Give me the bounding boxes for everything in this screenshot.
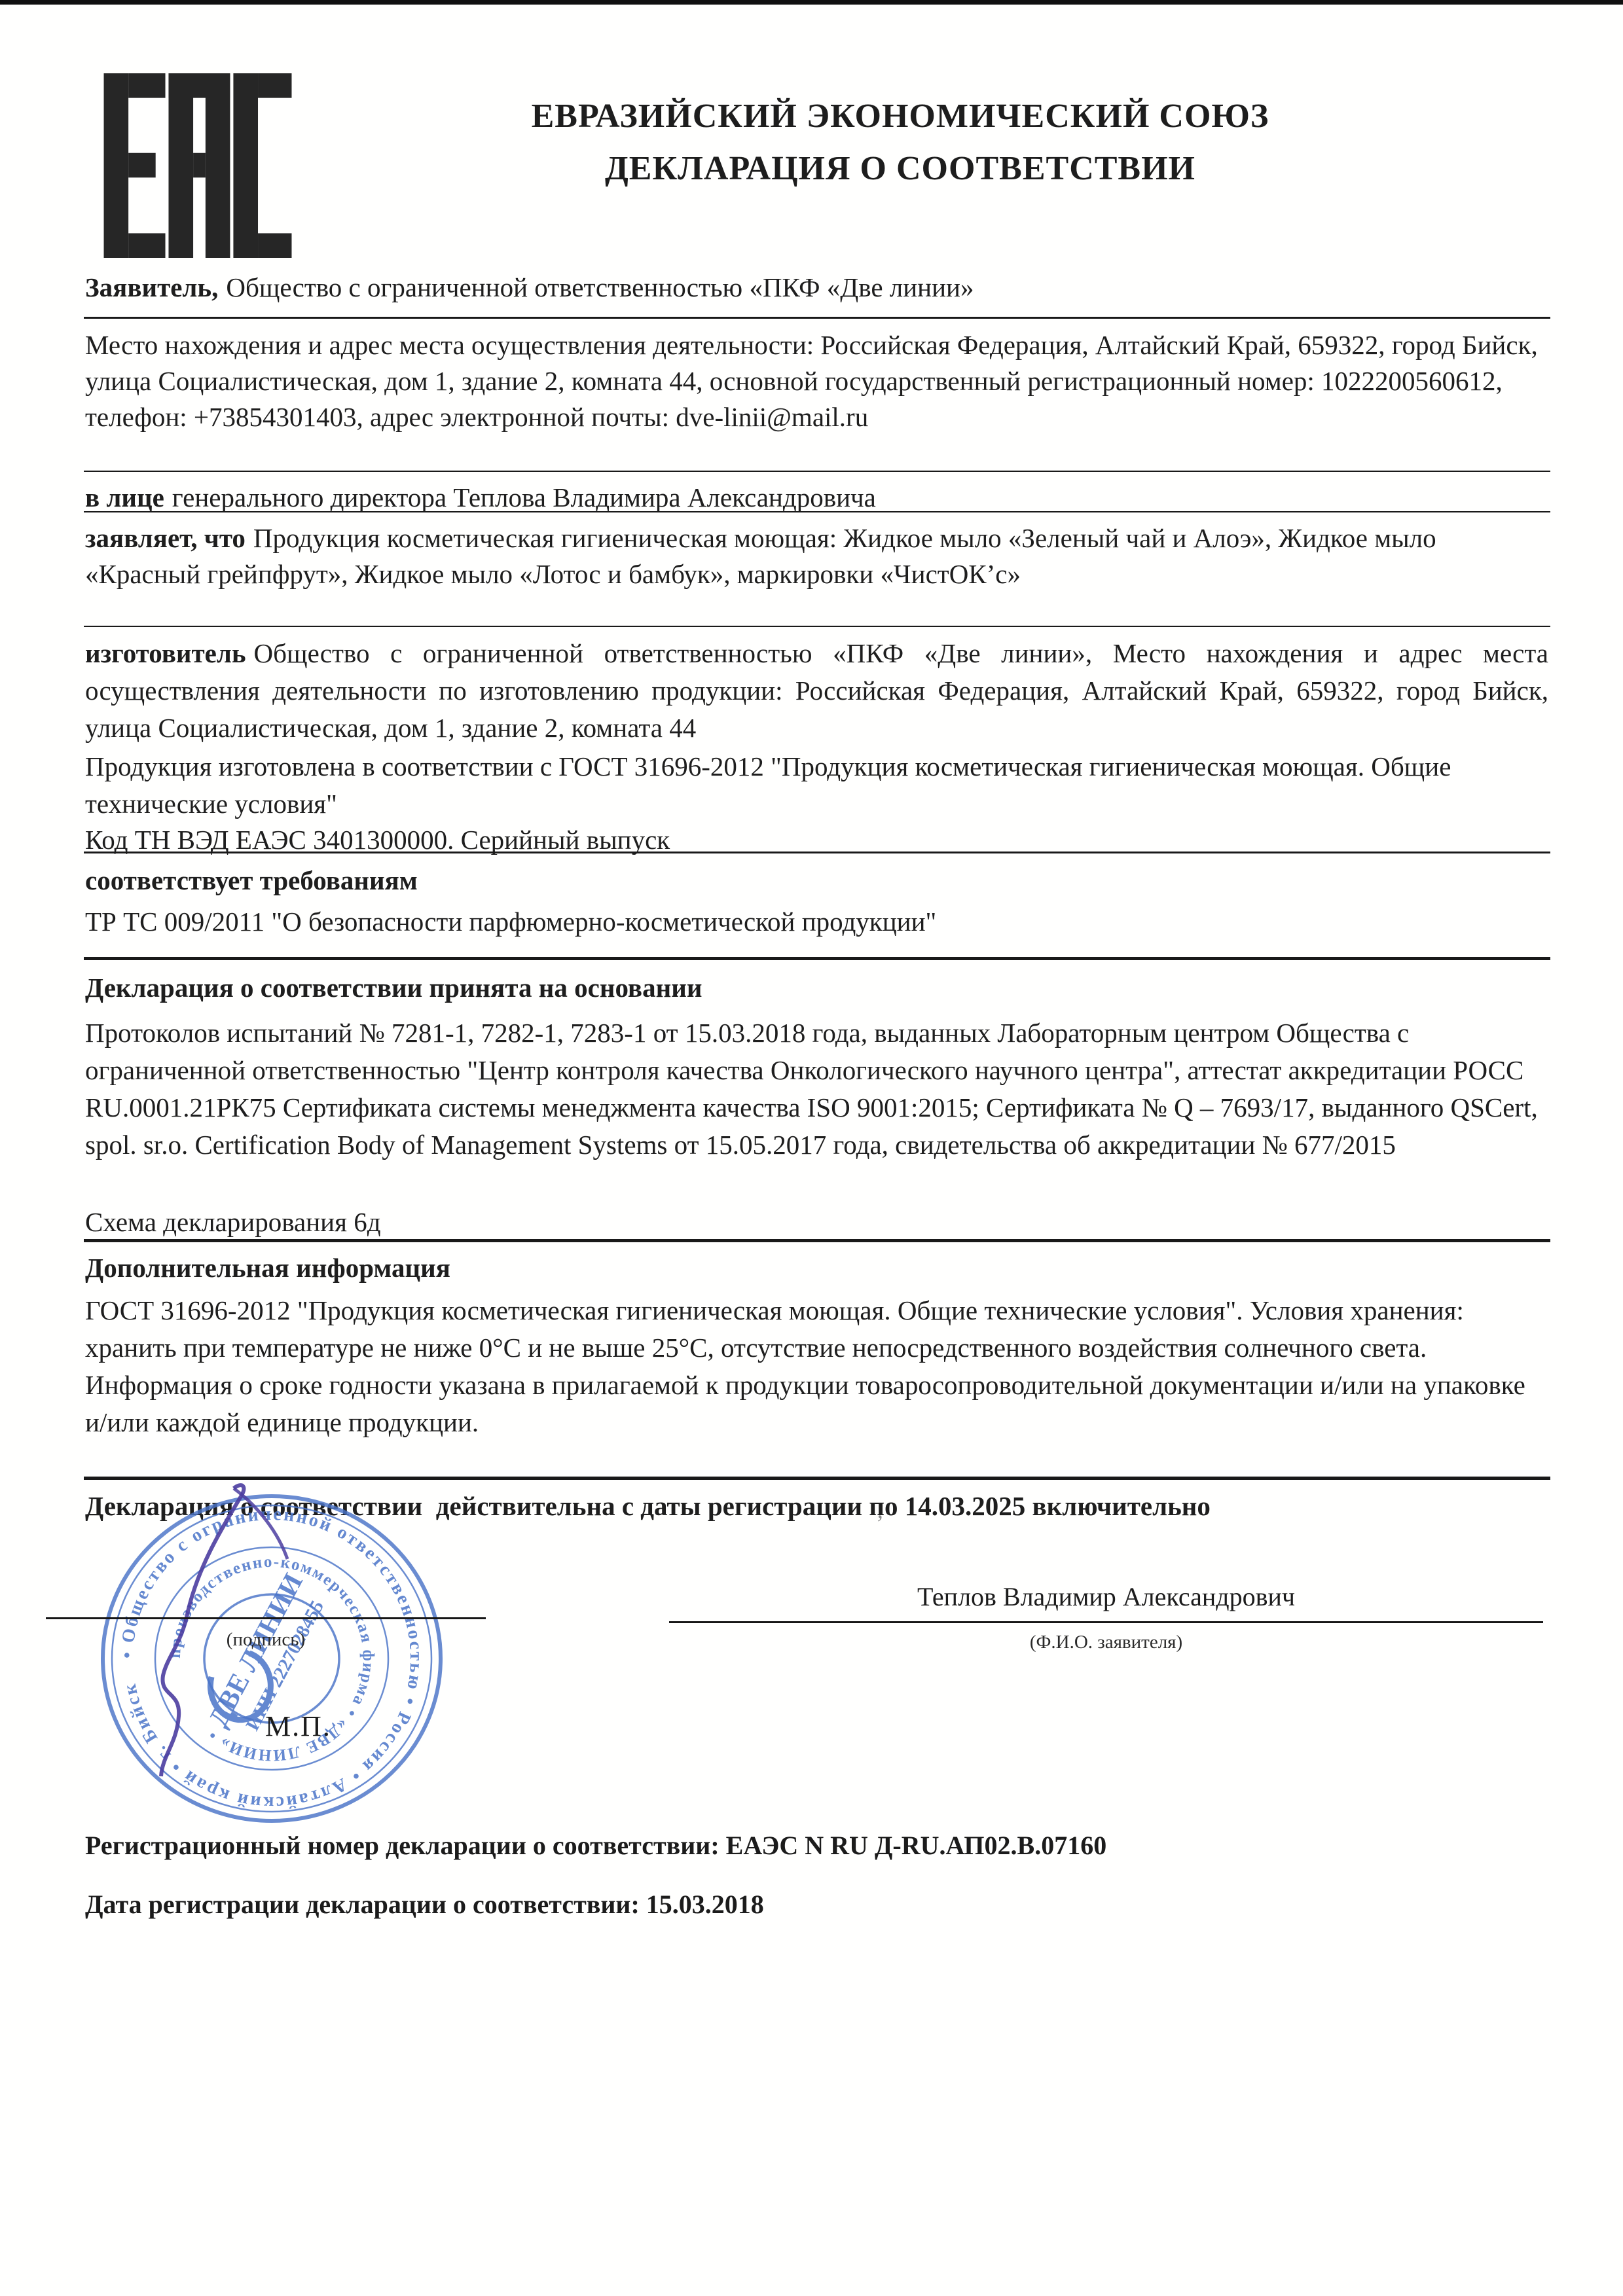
in-person-value: генерального директора Теплова Владимира…	[172, 482, 876, 512]
additional-heading: Дополнительная информация	[85, 1250, 1548, 1286]
declares-value: Продукция косметическая гигиеническая мо…	[85, 523, 1436, 589]
separator-line	[84, 317, 1550, 319]
stamp-rings	[103, 1496, 441, 1821]
applicant-label: Заявитель,	[85, 272, 218, 302]
document-title: ЕВРАЗИЙСКИЙ ЭКОНОМИЧЕСКИЙ СОЮЗ ДЕКЛАРАЦИ…	[295, 90, 1506, 195]
made-per-gost: Продукция изготовлена в соответствии с Г…	[85, 748, 1548, 823]
manufacturer-value: Общество с ограниченной ответственностью…	[85, 638, 1548, 743]
scan-speck: ’	[876, 1509, 884, 1537]
declaration-scheme: Схема декларирования 6д	[85, 1204, 1548, 1240]
registration-number-value: ЕАЭС N RU Д-RU.АП02.В.07160	[726, 1831, 1107, 1860]
declaration-document-page: ЕВРАЗИЙСКИЙ ЭКОНОМИЧЕСКИЙ СОЮЗ ДЕКЛАРАЦИ…	[0, 0, 1623, 2296]
complies-heading: соответствует требованиям	[85, 863, 1548, 899]
applicant-address: Место нахождения и адрес места осуществл…	[85, 327, 1548, 435]
separator-line	[84, 957, 1550, 960]
eac-mark-letters	[104, 73, 292, 258]
manufacturer-line: изготовительОбщество с ограниченной отве…	[85, 635, 1548, 747]
registration-date-value: 15.03.2018	[646, 1890, 764, 1919]
separator-line	[84, 511, 1550, 512]
signature-caption: (подпись)	[46, 1629, 486, 1651]
declares-line: заявляет, чтоПродукция косметическая гиг…	[85, 520, 1548, 592]
signer-name-line	[669, 1621, 1543, 1623]
signature-line	[46, 1617, 486, 1619]
manufacturer-label: изготовитель	[85, 638, 246, 668]
registration-date-label: Дата регистрации декларации о соответств…	[85, 1890, 640, 1919]
in-person-line: в лицегенерального директора Теплова Вла…	[85, 480, 1548, 516]
additional-value: ГОСТ 31696-2012 "Продукция косметическая…	[85, 1292, 1548, 1441]
separator-line	[84, 852, 1550, 853]
basis-value: Протоколов испытаний № 7281-1, 7282-1, 7…	[85, 1014, 1548, 1164]
applicant-value: Общество с ограниченной ответственностью…	[226, 272, 974, 302]
title-declaration: ДЕКЛАРАЦИЯ О СООТВЕТСТВИИ	[295, 143, 1506, 195]
separator-line	[84, 1239, 1550, 1242]
separator-line	[84, 626, 1550, 627]
scan-edge-line	[0, 0, 1623, 5]
title-union: ЕВРАЗИЙСКИЙ ЭКОНОМИЧЕСКИЙ СОЮЗ	[295, 90, 1506, 143]
basis-heading: Декларация о соответствии принята на осн…	[85, 970, 1548, 1006]
declares-label: заявляет, что	[85, 523, 246, 553]
registration-date-line: Дата регистрации декларации о соответств…	[85, 1889, 1591, 1920]
separator-line	[84, 471, 1550, 472]
applicant-line: Заявитель,Общество с ограниченной ответс…	[85, 270, 1548, 306]
company-stamp: • Общество с ограниченной ответственност…	[62, 1480, 481, 1847]
in-person-label: в лице	[85, 482, 164, 512]
eac-mark-icon	[103, 73, 292, 258]
complies-value: ТР ТС 009/2011 "О безопасности парфюмерн…	[85, 904, 1548, 940]
seal-place-caption: М.П.	[265, 1710, 331, 1743]
signer-name: Теплов Владимир Александрович	[669, 1581, 1543, 1612]
separator-line	[84, 1477, 1550, 1480]
signer-name-caption: (Ф.И.О. заявителя)	[669, 1632, 1543, 1653]
